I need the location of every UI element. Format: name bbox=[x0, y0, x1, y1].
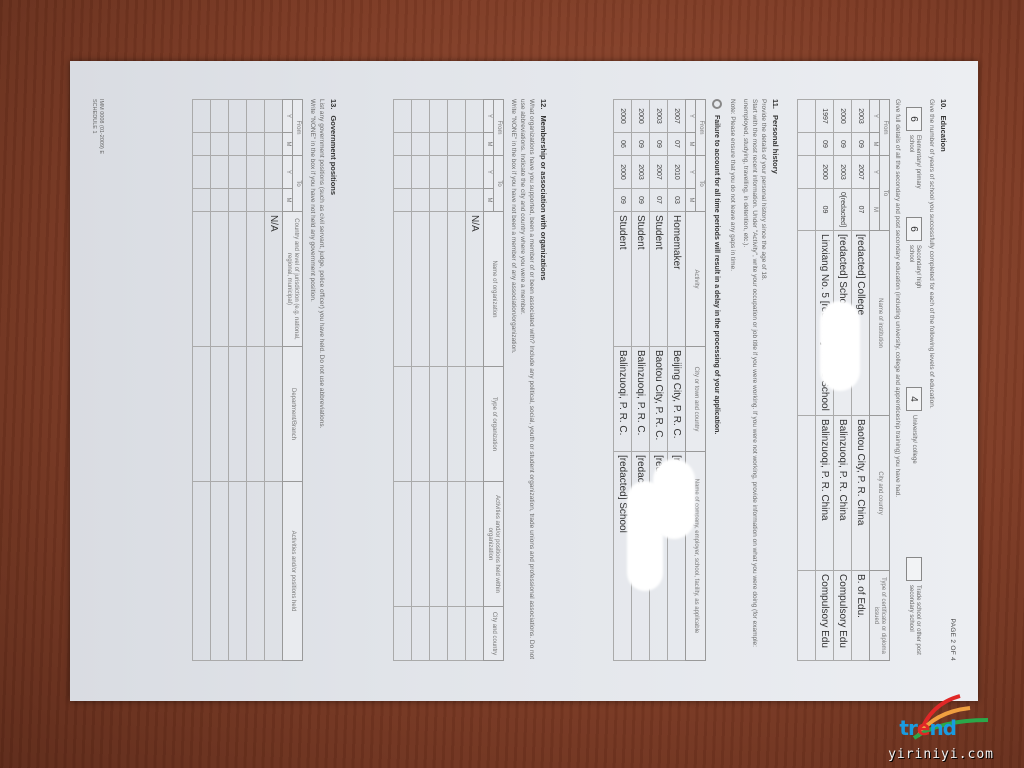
government-country[interactable]: N/A bbox=[265, 212, 283, 347]
years-trade: Trade school or other post secondary sch… bbox=[906, 557, 922, 675]
education-to-y[interactable]: 2003 bbox=[834, 156, 852, 189]
photo-frame: PAGE 2 OF 4 10.Education Give the number… bbox=[44, 36, 1004, 726]
table-row: N/A bbox=[466, 100, 484, 661]
government-department[interactable] bbox=[247, 347, 265, 482]
membership-table: From To Name of organization Type of org… bbox=[393, 99, 504, 661]
government-to-m[interactable] bbox=[247, 189, 265, 212]
table-row bbox=[798, 100, 816, 661]
membership-activities[interactable] bbox=[466, 482, 484, 607]
membership-name[interactable] bbox=[394, 212, 412, 367]
history-city[interactable]: Beijing City, P. R. C. bbox=[668, 347, 686, 452]
years-secondary-field[interactable]: 6 bbox=[906, 217, 922, 241]
section-education: 10.Education Give the number of years of… bbox=[797, 99, 948, 661]
membership-from-y[interactable] bbox=[466, 100, 484, 133]
table-row: N/A bbox=[265, 100, 283, 661]
membership-to-m[interactable] bbox=[394, 189, 412, 212]
years-secondary: 6Secondary/ high school bbox=[906, 217, 922, 307]
page-number: PAGE 2 OF 4 bbox=[949, 618, 956, 661]
government-table: From To Country and level of jurisdictio… bbox=[192, 99, 303, 661]
redaction-mark bbox=[627, 481, 663, 591]
government-country[interactable] bbox=[229, 212, 247, 347]
membership-to-m[interactable] bbox=[412, 189, 430, 212]
government-from-y[interactable] bbox=[247, 100, 265, 133]
membership-city[interactable] bbox=[448, 607, 466, 661]
government-activities[interactable] bbox=[229, 482, 247, 661]
education-city[interactable] bbox=[798, 416, 816, 571]
government-department[interactable] bbox=[193, 347, 211, 482]
history-from-y[interactable]: 2000 bbox=[632, 100, 650, 133]
membership-to-y[interactable] bbox=[448, 156, 466, 189]
membership-to-y[interactable] bbox=[412, 156, 430, 189]
warning-notice: Failure to account for all time periods … bbox=[712, 99, 722, 661]
education-from-y[interactable]: 1997 bbox=[816, 100, 834, 133]
education-to-y[interactable]: 2000 bbox=[816, 156, 834, 189]
membership-from-y[interactable] bbox=[430, 100, 448, 133]
history-to-m[interactable]: 09 bbox=[632, 189, 650, 212]
table-row: 200707201003HomemakerBeijing City, P. R.… bbox=[668, 100, 686, 661]
government-department[interactable] bbox=[229, 347, 247, 482]
table-row bbox=[229, 100, 247, 661]
history-from-m[interactable]: 09 bbox=[632, 133, 650, 156]
education-to-y[interactable] bbox=[798, 156, 816, 189]
government-from-m[interactable] bbox=[265, 133, 283, 156]
membership-from-m[interactable] bbox=[466, 133, 484, 156]
government-to-m[interactable] bbox=[193, 189, 211, 212]
education-from-y[interactable] bbox=[798, 100, 816, 133]
education-from-y[interactable]: 2000 bbox=[834, 100, 852, 133]
membership-from-m[interactable] bbox=[430, 133, 448, 156]
history-from-m[interactable]: 09 bbox=[650, 133, 668, 156]
government-from-y[interactable] bbox=[265, 100, 283, 133]
education-certificate[interactable]: Compulsory Edu bbox=[834, 571, 852, 661]
table-row bbox=[247, 100, 265, 661]
history-to-m[interactable]: 07 bbox=[650, 189, 668, 212]
membership-name[interactable] bbox=[412, 212, 430, 367]
government-from-y[interactable] bbox=[193, 100, 211, 133]
section-title: 12.Membership or association with organi… bbox=[539, 99, 548, 661]
government-to-y[interactable] bbox=[229, 156, 247, 189]
redaction-mark bbox=[820, 301, 860, 391]
education-from-m[interactable] bbox=[798, 133, 816, 156]
education-city[interactable]: Baotou City, P. R. China bbox=[852, 416, 870, 571]
years-university-field[interactable]: 4 bbox=[906, 387, 922, 411]
membership-name[interactable]: N/A bbox=[466, 212, 484, 367]
membership-to-y[interactable] bbox=[430, 156, 448, 189]
form-footer: IMM 0008 (01-2009) E SCHEDULE 1 bbox=[90, 99, 104, 154]
history-from-m[interactable]: 07 bbox=[668, 133, 686, 156]
membership-to-m[interactable] bbox=[430, 189, 448, 212]
membership-from-y[interactable] bbox=[448, 100, 466, 133]
government-from-y[interactable] bbox=[211, 100, 229, 133]
section-title: 11.Personal history bbox=[771, 99, 780, 661]
form-page: PAGE 2 OF 4 10.Education Give the number… bbox=[70, 61, 978, 701]
membership-from-m[interactable] bbox=[412, 133, 430, 156]
history-from-y[interactable]: 2007 bbox=[668, 100, 686, 133]
history-activity[interactable]: Homemaker bbox=[668, 212, 686, 347]
logo-letter: e bbox=[917, 716, 930, 740]
education-to-m[interactable]: 0[redacted] bbox=[834, 189, 852, 231]
membership-to-y[interactable] bbox=[466, 156, 484, 189]
membership-to-m[interactable] bbox=[466, 189, 484, 212]
membership-from-y[interactable] bbox=[394, 100, 412, 133]
history-from-y[interactable]: 2000 bbox=[614, 100, 632, 133]
membership-name[interactable] bbox=[430, 212, 448, 367]
government-country[interactable] bbox=[211, 212, 229, 347]
section-title: 13.Government positions bbox=[329, 99, 338, 661]
table-row bbox=[193, 100, 211, 661]
table-row bbox=[412, 100, 430, 661]
government-to-m[interactable] bbox=[211, 189, 229, 212]
government-from-m[interactable] bbox=[211, 133, 229, 156]
education-to-m[interactable]: 07 bbox=[852, 189, 870, 231]
government-activities[interactable] bbox=[247, 482, 265, 661]
section-membership: 12.Membership or association with organi… bbox=[393, 99, 548, 661]
government-to-y[interactable] bbox=[247, 156, 265, 189]
watermark-site: yiriniyi.com bbox=[888, 747, 994, 762]
government-department[interactable] bbox=[211, 347, 229, 482]
government-from-m[interactable] bbox=[247, 133, 265, 156]
membership-city[interactable] bbox=[394, 607, 412, 661]
table-row bbox=[448, 100, 466, 661]
membership-type[interactable] bbox=[412, 367, 430, 482]
education-city[interactable]: Balinzuoqi, P. R. China bbox=[834, 416, 852, 571]
education-from-m[interactable]: 09 bbox=[852, 133, 870, 156]
education-to-m[interactable] bbox=[798, 189, 816, 231]
government-from-y[interactable] bbox=[229, 100, 247, 133]
history-to-y[interactable]: 2003 bbox=[632, 156, 650, 189]
history-to-m[interactable]: 09 bbox=[614, 189, 632, 212]
membership-activities[interactable] bbox=[394, 482, 412, 607]
government-activities[interactable] bbox=[193, 482, 211, 661]
table-row bbox=[211, 100, 229, 661]
membership-city[interactable] bbox=[466, 607, 484, 661]
membership-to-m[interactable] bbox=[448, 189, 466, 212]
government-to-y[interactable] bbox=[211, 156, 229, 189]
government-activities[interactable] bbox=[265, 482, 283, 661]
history-activity[interactable]: Student bbox=[614, 212, 632, 347]
government-to-m[interactable] bbox=[265, 189, 283, 212]
membership-from-m[interactable] bbox=[394, 133, 412, 156]
years-trade-field[interactable] bbox=[906, 557, 922, 581]
history-to-y[interactable]: 2007 bbox=[650, 156, 668, 189]
history-city[interactable]: Balinzuoqi, P. R. C. bbox=[614, 347, 632, 452]
membership-to-y[interactable] bbox=[394, 156, 412, 189]
history-to-m[interactable]: 03 bbox=[668, 189, 686, 212]
table-row bbox=[430, 100, 448, 661]
government-from-m[interactable] bbox=[193, 133, 211, 156]
government-to-m[interactable] bbox=[229, 189, 247, 212]
education-to-m[interactable]: 09 bbox=[816, 189, 834, 231]
education-details-instruction: Give full details of all the secondary a… bbox=[893, 99, 902, 661]
years-of-school: 6Elementary/ primary school 6Secondary/ … bbox=[906, 107, 922, 661]
years-university: 4University/ college bbox=[906, 387, 922, 477]
membership-type[interactable] bbox=[466, 367, 484, 482]
years-elementary-field[interactable]: 6 bbox=[906, 107, 922, 131]
membership-type[interactable] bbox=[448, 367, 466, 482]
membership-type[interactable] bbox=[430, 367, 448, 482]
history-to-y[interactable]: 2000 bbox=[614, 156, 632, 189]
membership-activities[interactable] bbox=[412, 482, 430, 607]
education-institution[interactable] bbox=[798, 231, 816, 416]
membership-activities[interactable] bbox=[448, 482, 466, 607]
warning-circle-icon bbox=[712, 99, 722, 109]
education-certificate[interactable]: Compulsory Edu bbox=[816, 571, 834, 661]
years-elementary: 6Elementary/ primary school bbox=[906, 107, 922, 197]
section-government: 13.Government positions List any governm… bbox=[192, 99, 338, 661]
government-activities[interactable] bbox=[211, 482, 229, 661]
history-activity[interactable]: Student bbox=[632, 212, 650, 347]
history-from-m[interactable]: 06 bbox=[614, 133, 632, 156]
government-to-y[interactable] bbox=[193, 156, 211, 189]
government-from-m[interactable] bbox=[229, 133, 247, 156]
history-from-y[interactable]: 2003 bbox=[650, 100, 668, 133]
history-activity[interactable]: Student bbox=[650, 212, 668, 347]
government-country[interactable] bbox=[193, 212, 211, 347]
government-department[interactable] bbox=[265, 347, 283, 482]
membership-from-y[interactable] bbox=[412, 100, 430, 133]
education-from-y[interactable]: 2003 bbox=[852, 100, 870, 133]
education-city[interactable]: Balinzuoqi, P. R. China bbox=[816, 416, 834, 571]
education-certificate[interactable]: B. of Edu. bbox=[852, 571, 870, 661]
education-to-y[interactable]: 2007 bbox=[852, 156, 870, 189]
membership-activities[interactable] bbox=[430, 482, 448, 607]
government-country[interactable] bbox=[247, 212, 265, 347]
history-city[interactable]: Balinzuoqi, P. R. C. bbox=[632, 347, 650, 452]
education-instruction: Give the number of years of school you s… bbox=[927, 99, 936, 661]
membership-name[interactable] bbox=[448, 212, 466, 367]
membership-type[interactable] bbox=[394, 367, 412, 482]
membership-from-m[interactable] bbox=[448, 133, 466, 156]
section-title: 10.Education bbox=[939, 99, 948, 661]
history-city[interactable]: Baotou City, P. R. C. bbox=[650, 347, 668, 452]
education-from-m[interactable]: 09 bbox=[834, 133, 852, 156]
history-to-y[interactable]: 2010 bbox=[668, 156, 686, 189]
membership-city[interactable] bbox=[412, 607, 430, 661]
watermark-logo: trend bbox=[899, 716, 956, 740]
education-certificate[interactable] bbox=[798, 571, 816, 661]
education-from-m[interactable]: 09 bbox=[816, 133, 834, 156]
table-row bbox=[394, 100, 412, 661]
membership-city[interactable] bbox=[430, 607, 448, 661]
government-to-y[interactable] bbox=[265, 156, 283, 189]
